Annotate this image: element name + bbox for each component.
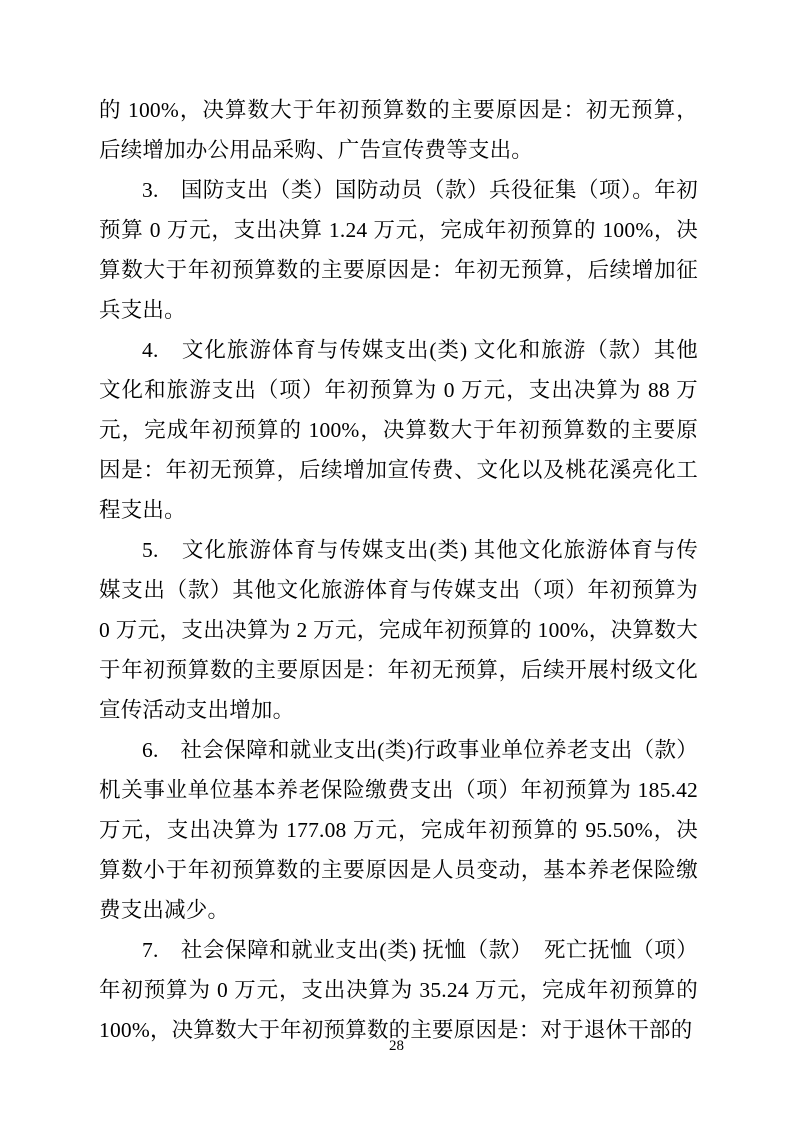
budget-item-6: 6. 社会保障和就业支出(类)行政事业单位养老支出（款）机关事业单位基本养老保险…: [99, 730, 698, 930]
budget-item-4: 4. 文化旅游体育与传媒支出(类) 文化和旅游（款）其他文化和旅游支出（项）年初…: [99, 330, 698, 530]
page-number: 28: [0, 1036, 793, 1056]
budget-item-5: 5. 文化旅游体育与传媒支出(类) 其他文化旅游体育与传媒支出（款）其他文化旅游…: [99, 530, 698, 730]
budget-item-7: 7. 社会保障和就业支出(类) 抚恤（款） 死亡抚恤（项）年初预算为 0 万元，…: [99, 930, 698, 1050]
paragraph-continuation: 的 100%，决算数大于年初预算数的主要原因是：初无预算，后续增加办公用品采购、…: [99, 90, 698, 170]
budget-item-3: 3. 国防支出（类）国防动员（款）兵役征集（项）。年初预算 0 万元，支出决算 …: [99, 170, 698, 330]
document-page: 的 100%，决算数大于年初预算数的主要原因是：初无预算，后续增加办公用品采购、…: [0, 0, 793, 1122]
body-text: 的 100%，决算数大于年初预算数的主要原因是：初无预算，后续增加办公用品采购、…: [99, 90, 698, 1050]
